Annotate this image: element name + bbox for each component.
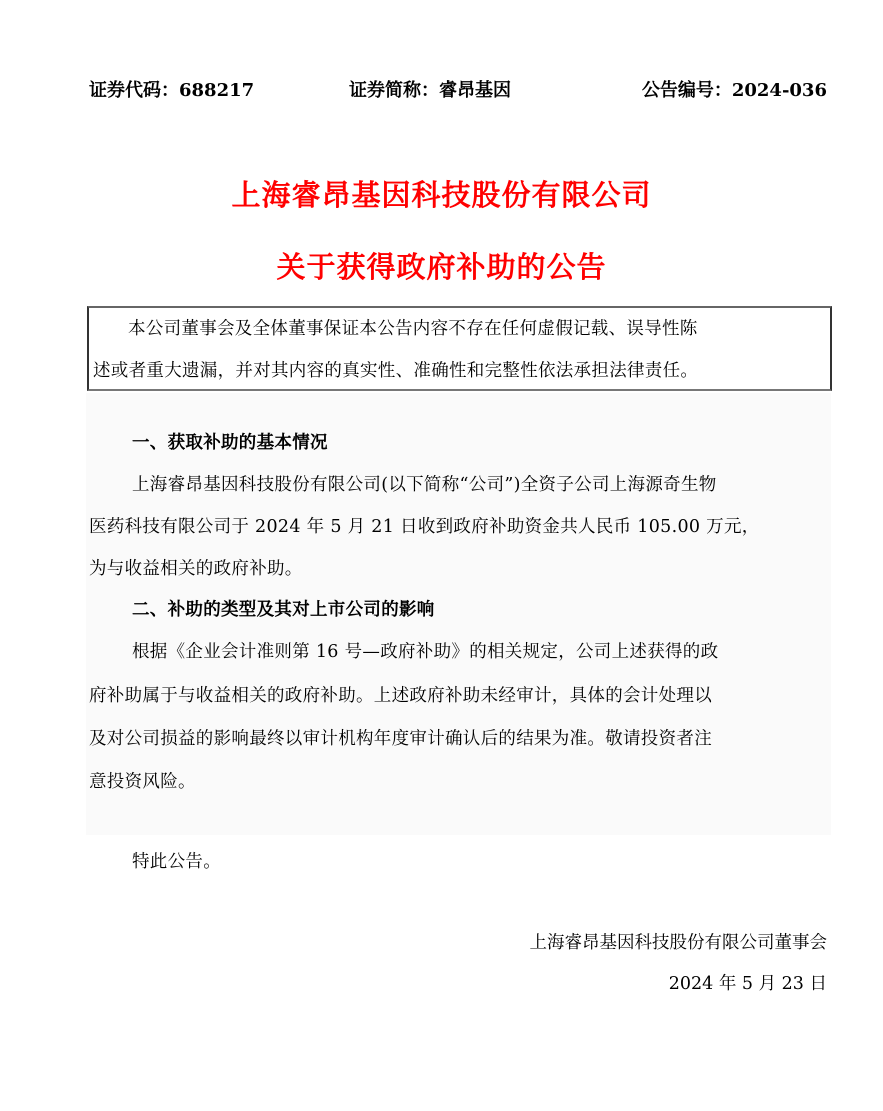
paragraph-line: 根据《企业会计准则第 16 号—政府补助》的相关规定，公司上述获得的政 <box>132 633 718 671</box>
signature-date: 2024 年 5 月 23 日 <box>669 970 827 995</box>
stock-name: 证券简称：睿昂基因 <box>349 76 511 102</box>
section-heading: 二、补助的类型及其对上市公司的影响 <box>132 591 435 629</box>
announcement-title: 关于获得政府补助的公告 <box>0 245 883 286</box>
section-heading: 一、获取补助的基本情况 <box>132 424 328 462</box>
document-header: 证券代码：688217 证券简称：睿昂基因 公告编号：2024-036 <box>89 76 827 104</box>
paragraph-line: 及对公司损益的影响最终以审计机构年度审计确认后的结果为准。敬请投资者注 <box>89 720 712 758</box>
closing-text: 特此公告。 <box>132 843 221 881</box>
notice-line-2: 述或者重大遗漏，并对其内容的真实性、准确性和完整性依法承担法律责任。 <box>89 350 830 392</box>
paragraph-line: 医药科技有限公司于 2024 年 5 月 21 日收到政府补助资金共人民币 10… <box>89 508 760 546</box>
paragraph-line: 意投资风险。 <box>89 763 196 801</box>
notice-line-1: 本公司董事会及全体董事保证本公告内容不存在任何虚假记载、误导性陈 <box>89 308 830 350</box>
signature-board: 上海睿昂基因科技股份有限公司董事会 <box>530 929 828 954</box>
company-title: 上海睿昂基因科技股份有限公司 <box>0 173 883 214</box>
paragraph-line: 府补助属于与收益相关的政府补助。上述政府补助未经审计，具体的会计处理以 <box>89 677 712 715</box>
announcement-number: 公告编号：2024-036 <box>642 76 827 102</box>
stock-code: 证券代码：688217 <box>89 76 254 102</box>
board-guarantee-notice: 本公司董事会及全体董事保证本公告内容不存在任何虚假记载、误导性陈 述或者重大遗漏… <box>87 306 832 391</box>
paragraph-line: 上海睿昂基因科技股份有限公司(以下简称“公司”)全资子公司上海源奇生物 <box>132 466 717 504</box>
paragraph-line: 为与收益相关的政府补助。 <box>89 550 303 588</box>
